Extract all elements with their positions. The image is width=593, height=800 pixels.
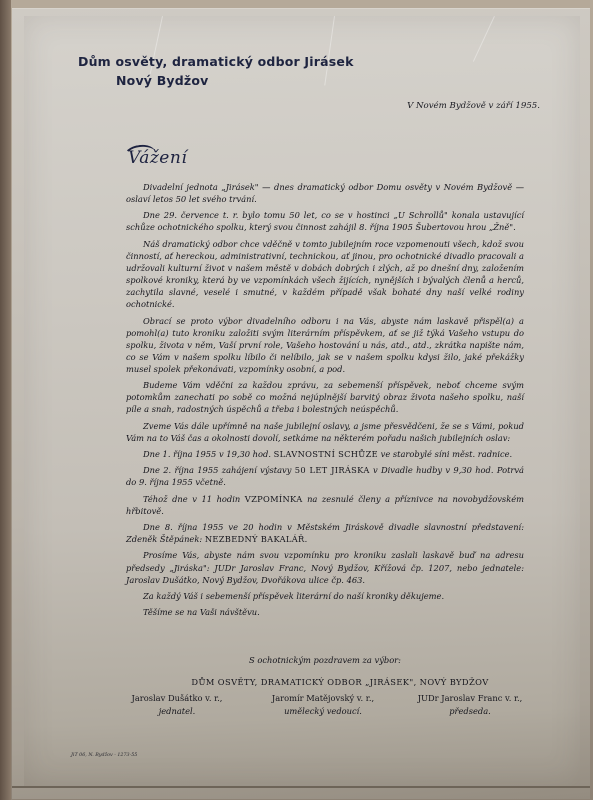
paragraph: Dne 29. července t. r. bylo tomu 50 let,… bbox=[126, 209, 524, 233]
printer-imprint: JiT 06, N. Bydžov - 1273-55 bbox=[71, 753, 137, 758]
letterhead-line-1: Dům osvěty, dramatický odbor Jirásek bbox=[78, 54, 354, 69]
signer-role: předseda. bbox=[400, 706, 540, 716]
event-item: Dne 1. října 1955 v 19,30 hod. SLAVNOSTN… bbox=[126, 448, 524, 460]
event-item: Dne 8. října 1955 ve 20 hodin v Městském… bbox=[126, 521, 524, 545]
paragraph: Obrací se proto výbor divadelního odboru… bbox=[126, 315, 524, 375]
signer-artistic-director: Jaromír Matějovský v. r., umělecký vedou… bbox=[263, 693, 383, 716]
signer-role: umělecký vedoucí. bbox=[263, 706, 383, 716]
frame-edge bbox=[0, 0, 11, 800]
signer-name: Jaroslav Dušátko v. r., bbox=[132, 693, 223, 703]
signer-name: Jaromír Matějovský v. r., bbox=[272, 693, 374, 703]
organization-signature: DŮM OSVĚTY, DRAMATICKÝ ODBOR „JIRÁSEK", … bbox=[140, 677, 540, 687]
event-item: Dne 2. října 1955 zahájení výstavy 50 LE… bbox=[126, 464, 524, 488]
event-item: Téhož dne v 11 hodin VZPOMÍNKA na zesnul… bbox=[126, 493, 524, 517]
letter-body: Divadelní jednota „Jirásek" — dnes drama… bbox=[126, 181, 524, 622]
paragraph: Budeme Vám vděčni za každou zprávu, za s… bbox=[126, 379, 524, 415]
paragraph: Náš dramatický odbor chce vděčně v tomto… bbox=[126, 238, 524, 311]
event-title: NEZBEDNÝ BAKALÁŘ bbox=[205, 534, 305, 544]
paragraph: Prosíme Vás, abyste nám svou vzpomínku p… bbox=[126, 549, 524, 585]
closing-greeting: S ochotnickým pozdravem za výbor: bbox=[126, 655, 524, 665]
event-title: SLAVNOSTNÍ SCHŮZE bbox=[274, 449, 378, 459]
event-title: 50 LET JIRÁSKA bbox=[295, 465, 370, 475]
letterhead: Dům osvěty, dramatický odbor Jirásek Nov… bbox=[78, 54, 354, 88]
signer-name: JUDr Jaroslav Franc v. r., bbox=[418, 693, 523, 703]
signer-role: jednatel. bbox=[118, 706, 236, 716]
salutation: Vážení bbox=[128, 148, 187, 168]
signer-chairman: JUDr Jaroslav Franc v. r., předseda. bbox=[400, 693, 540, 716]
event-title: VZPOMÍNKA bbox=[245, 494, 303, 504]
paper-crease bbox=[473, 16, 495, 62]
signer-secretary: Jaroslav Dušátko v. r., jednatel. bbox=[118, 693, 236, 716]
paragraph: Divadelní jednota „Jirásek" — dnes drama… bbox=[126, 181, 524, 205]
paragraph: Za každý Váš i sebemenší příspěvek liter… bbox=[126, 590, 524, 602]
place-date: V Novém Bydžově v září 1955. bbox=[407, 101, 540, 111]
sheet-bottom-edge bbox=[12, 786, 590, 788]
letterhead-line-2: Nový Bydžov bbox=[116, 73, 354, 88]
paragraph: Těšíme se na Vaši návštěvu. bbox=[126, 606, 524, 618]
paragraph: Zveme Vás dále upřímně na naše jubilejní… bbox=[126, 420, 524, 444]
